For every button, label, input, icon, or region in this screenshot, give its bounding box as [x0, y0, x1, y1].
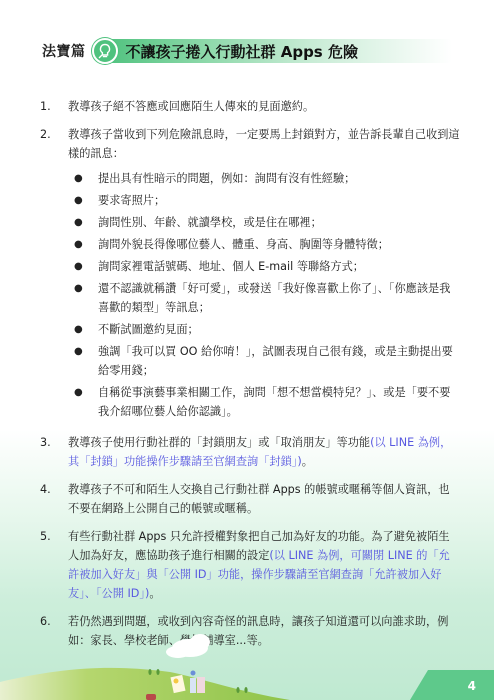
cloud-icon: [166, 634, 210, 658]
bullet-text: 要求寄照片；: [98, 191, 165, 210]
bullet-item: ●不斷試圖邀約見面；: [68, 320, 460, 339]
section-header: 法寶篇 不讓孩子捲入行動社群 Apps 危險: [42, 38, 452, 64]
bullet-item: ●詢問性別、年齡、就讀學校，或是住在哪裡；: [68, 213, 460, 232]
bullet-item: ●要求寄照片；: [68, 191, 460, 210]
bullet-text: 強調「我可以買 OO 給你唷！」，試圖表現自己很有錢，或是主動提出要給零用錢；: [98, 342, 460, 380]
item-number: 3.: [40, 433, 68, 471]
bullet-item: ●強調「我可以買 OO 給你唷！」，試圖表現自己很有錢，或是主動提出要給零用錢；: [68, 342, 460, 380]
section-label: 法寶篇: [42, 41, 86, 61]
bullet-icon: ●: [68, 279, 98, 317]
page-title: 不讓孩子捲入行動社群 Apps 危險: [126, 41, 358, 62]
bullet-icon: ●: [68, 213, 98, 232]
item-text: 教導孩子當收到下列危險訊息時，一定要馬上封鎖對方，並告訴長輩自己收到這樣的訊息：: [68, 128, 460, 160]
bullet-text: 詢問性別、年齡、就讀學校，或是住在哪裡；: [98, 213, 322, 232]
bullet-icon: ●: [68, 342, 98, 380]
bullet-icon: ●: [68, 235, 98, 254]
list-item: 1. 教導孩子絕不答應或回應陌生人傳來的見面邀約。: [40, 97, 460, 116]
bullet-icon: ●: [68, 257, 98, 276]
bullet-text: 提出具有性暗示的問題，例如：詢問有沒有性經驗；: [98, 169, 355, 188]
item-text: 教導孩子不可和陌生人交換自己行動社群 Apps 的帳號或暱稱等個人資訊，也不要在…: [68, 480, 460, 518]
list-item: 3. 教導孩子使用行動社群的「封鎖朋友」或「取消朋友」等功能(以 LINE 為例…: [40, 433, 460, 471]
item-number: 2.: [40, 125, 68, 424]
bullet-item: ●還不認識就稱讚「好可愛」，或發送「我好像喜歡上你了」、「你應該是我喜歡的類型」…: [68, 279, 460, 317]
list-item: 2. 教導孩子當收到下列危險訊息時，一定要馬上封鎖對方，並告訴長輩自己收到這樣的…: [40, 125, 460, 424]
bullet-text: 詢問家裡電話號碼、地址、個人 E-mail 等聯絡方式；: [98, 257, 364, 276]
bullet-item: ●提出具有性暗示的問題，例如：詢問有沒有性經驗；: [68, 169, 460, 188]
bullet-text: 詢問外貌長得像哪位藝人、體重、身高、胸圍等身體特徵；: [98, 235, 389, 254]
bullet-item: ●詢問家裡電話號碼、地址、個人 E-mail 等聯絡方式；: [68, 257, 460, 276]
item-tail: 。: [149, 587, 160, 600]
bullet-text: 自稱從事演藝事業相關工作，詢問「想不想當模特兒？」、或是「要不要我介紹哪位藝人給…: [98, 383, 460, 421]
list-item: 4. 教導孩子不可和陌生人交換自己行動社群 Apps 的帳號或暱稱等個人資訊，也…: [40, 480, 460, 518]
bullet-icon: ●: [68, 191, 98, 210]
bullet-item: ●詢問外貌長得像哪位藝人、體重、身高、胸圍等身體特徵；: [68, 235, 460, 254]
lightbulb-icon: [92, 38, 118, 64]
item-text: 教導孩子絕不答應或回應陌生人傳來的見面邀約。: [68, 97, 460, 116]
bullet-icon: ●: [68, 320, 98, 339]
title-bar: 不讓孩子捲入行動社群 Apps 危險: [92, 38, 452, 64]
page-number: 4: [468, 679, 476, 693]
bullet-text: 還不認識就稱讚「好可愛」，或發送「我好像喜歡上你了」、「你應該是我喜歡的類型」等…: [98, 279, 460, 317]
bullet-icon: ●: [68, 383, 98, 421]
item-text: 教導孩子使用行動社群的「封鎖朋友」或「取消朋友」等功能: [68, 436, 370, 449]
bullet-list: ●提出具有性暗示的問題，例如：詢問有沒有性經驗； ●要求寄照片； ●詢問性別、年…: [68, 169, 460, 421]
numbered-list: 1. 教導孩子絕不答應或回應陌生人傳來的見面邀約。 2. 教導孩子當收到下列危險…: [40, 97, 460, 659]
car-icon: [146, 694, 156, 700]
bullet-text: 不斷試圖邀約見面；: [98, 320, 199, 339]
item-tail: 。: [302, 455, 313, 468]
item-number: 5.: [40, 527, 68, 603]
item-number: 4.: [40, 480, 68, 518]
item-number: 1.: [40, 97, 68, 116]
bullet-icon: ●: [68, 169, 98, 188]
list-item: 5. 有些行動社群 Apps 只允許授權對象把自己加為好友的功能。為了避免被陌生…: [40, 527, 460, 603]
bullet-item: ●自稱從事演藝事業相關工作，詢問「想不想當模特兒？」、或是「要不要我介紹哪位藝人…: [68, 383, 460, 421]
